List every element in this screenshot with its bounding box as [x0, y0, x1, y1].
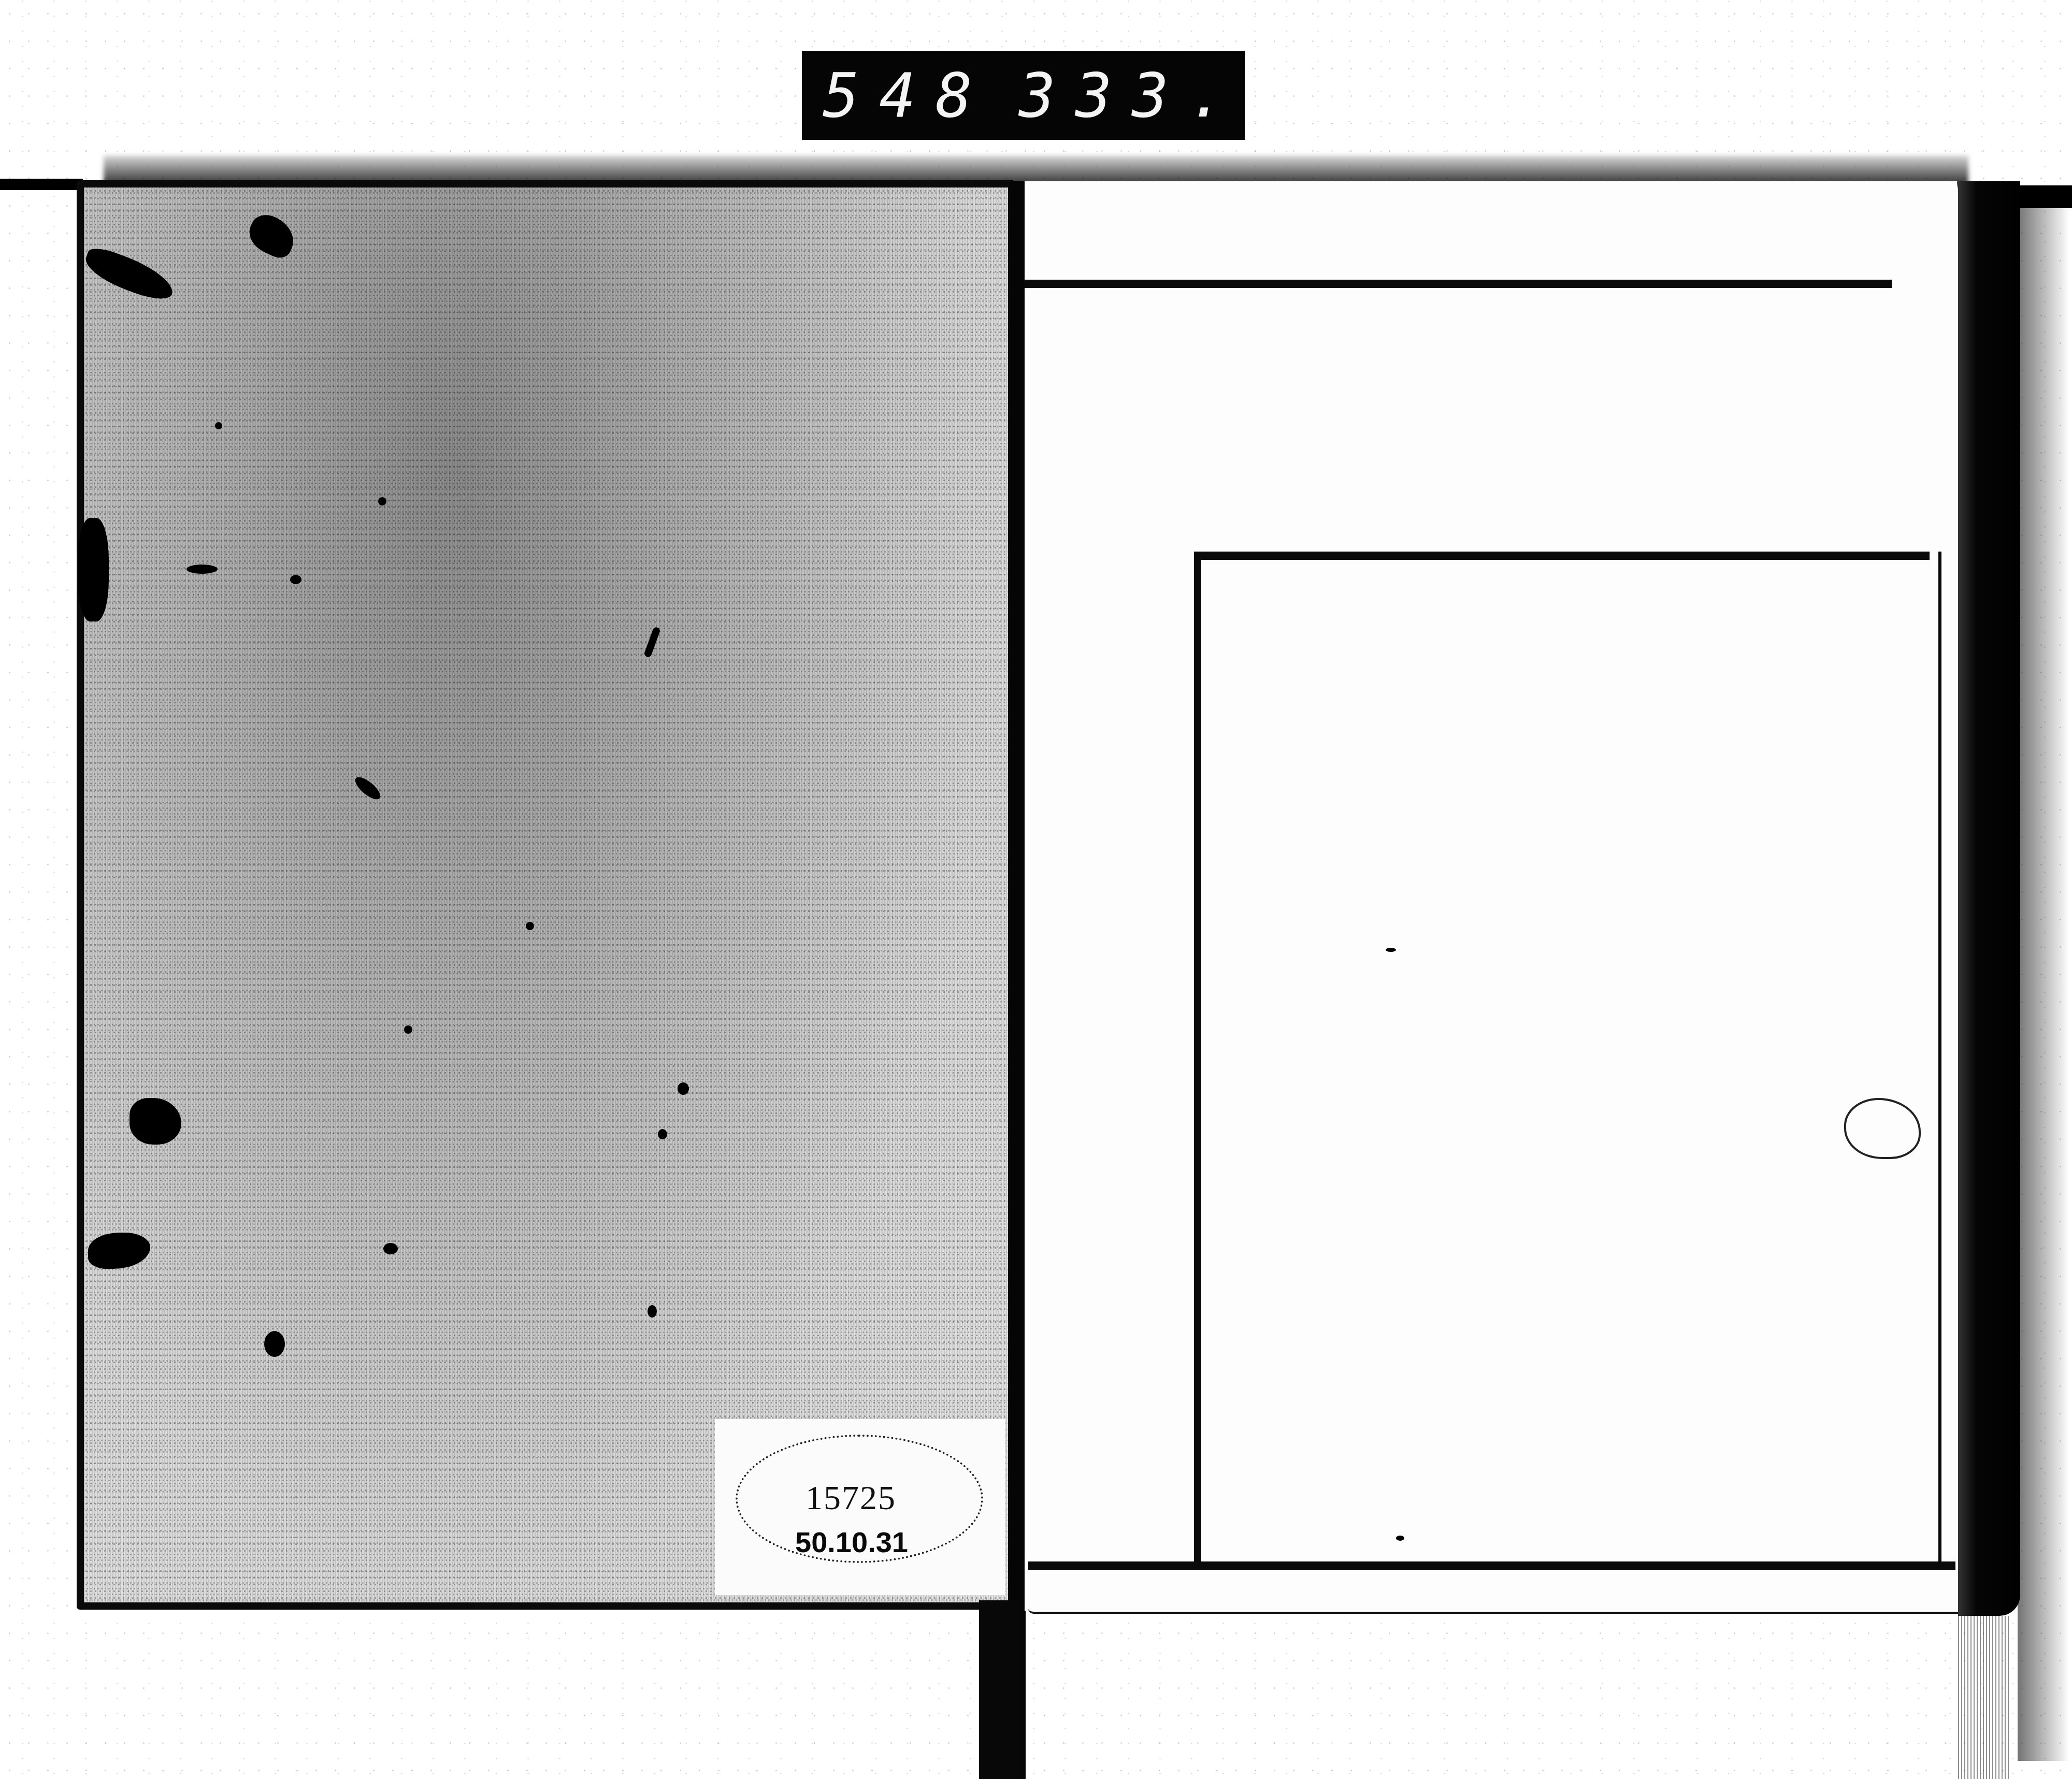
- right-page: [1025, 181, 1957, 1611]
- stain-mark: [526, 922, 534, 930]
- stain-mark: [678, 1082, 689, 1095]
- book-gutter: [1010, 181, 1026, 1779]
- inner-frame-left-rule: [1194, 552, 1201, 1569]
- stain-mark: [1396, 1536, 1404, 1541]
- frame-counter: 548 333.: [802, 51, 1245, 140]
- gutter-shadow: [979, 1600, 1023, 1779]
- scanner-bar-left: [0, 179, 83, 190]
- stamp-accession-number: 15725: [805, 1479, 896, 1518]
- stain-mark: [1386, 948, 1396, 952]
- stain-mark: [78, 518, 109, 621]
- stain-mark: [383, 1243, 398, 1254]
- inner-frame-right-rule: [1938, 552, 1941, 1561]
- stain-mark: [647, 1305, 657, 1318]
- stain-mark: [658, 1129, 667, 1139]
- stain-mark: [404, 1025, 412, 1034]
- inner-frame-top-rule: [1194, 552, 1930, 560]
- page-stack-edge: [1958, 1616, 2010, 1779]
- stain-mark: [264, 1331, 285, 1357]
- frame-number: 333.: [1019, 60, 1245, 131]
- stain-mark: [378, 497, 386, 505]
- left-page: [77, 180, 1015, 1610]
- stain-mark: [215, 422, 222, 429]
- reel-number: 548: [823, 60, 1019, 131]
- page-bottom-edge: [1028, 1568, 1961, 1614]
- book-fore-edge: [1958, 181, 2020, 1616]
- edge-shadow: [2018, 207, 2069, 1761]
- stamp-date: 50.10.31: [795, 1525, 908, 1559]
- outer-frame-top-rule: [1025, 280, 1892, 288]
- stain-mark: [186, 565, 218, 574]
- stain-mark: [290, 575, 301, 584]
